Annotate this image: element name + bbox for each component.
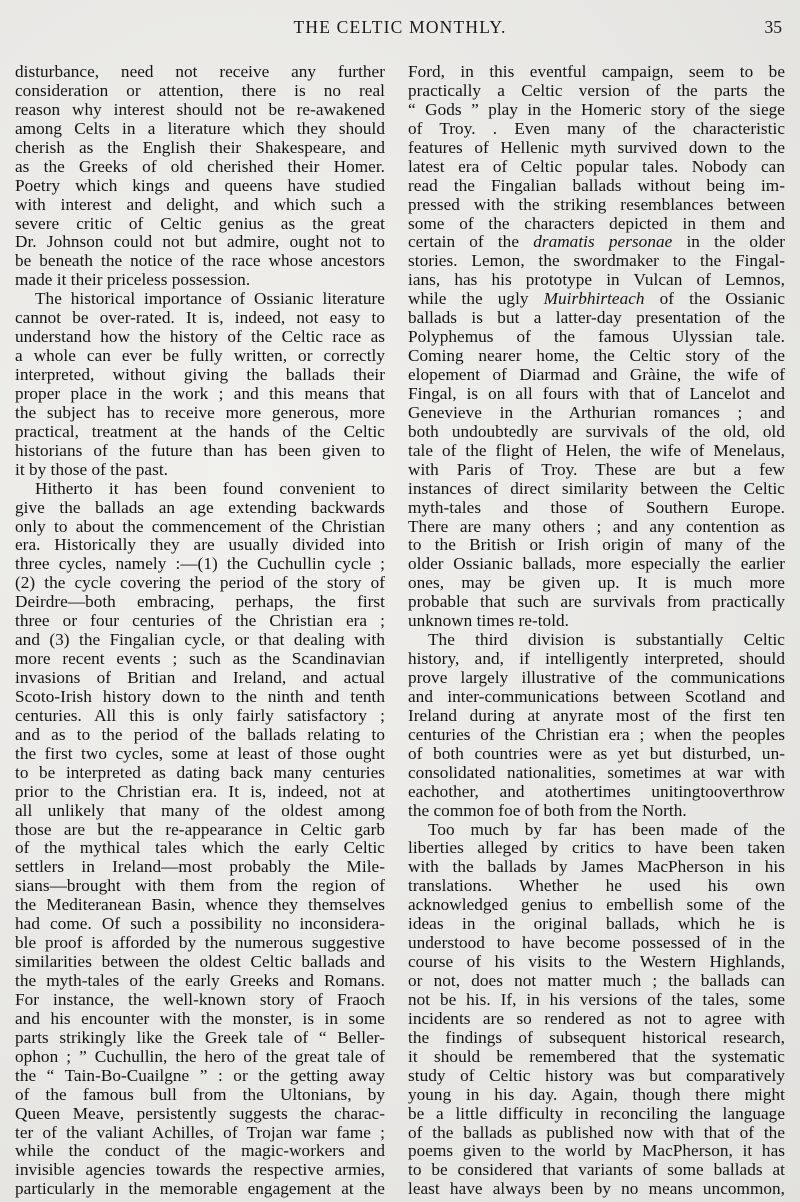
- text-line: three cycles, namely :—(1) the Cuchullin…: [15, 555, 385, 574]
- text-line: ideas in the original ballads, which he …: [408, 915, 785, 934]
- text-line: be a little difficulty in reconciling th…: [408, 1105, 785, 1124]
- text-line: Genevieve in the Arthurian romances ; an…: [408, 404, 785, 423]
- text-run: of the Ossianic: [645, 289, 785, 308]
- text-line: of the mythical tales which the early Ce…: [15, 839, 385, 858]
- text-line: “ Gods ” play in the Homeric story of th…: [408, 101, 785, 120]
- text-line: Queen Meave, persistently suggests the c…: [15, 1105, 385, 1124]
- text-line: older Ossianic ballads, more especially …: [408, 555, 785, 574]
- text-line: unknown times re-told.: [408, 612, 785, 631]
- text-line: give the ballads an age extending backwa…: [15, 499, 385, 518]
- text-line: while the ugly Muirbhirteach of the Ossi…: [408, 290, 785, 309]
- text-line: particularly in the memorable engagement…: [15, 1180, 385, 1199]
- text-line: translations. Whether he used his own: [408, 877, 785, 896]
- text-line: centuries. All this is only fairly satis…: [15, 707, 385, 726]
- text-line: the “ Tain-Bo-Cuailgne ” : or the gettin…: [15, 1067, 385, 1086]
- text-line: the common foe of both from the North.: [408, 802, 785, 821]
- text-line: prove largely illustrative of the commun…: [408, 669, 785, 688]
- text-line: read the Fingalian ballads without being…: [408, 177, 785, 196]
- text-line: the subject has to receive more generous…: [15, 404, 385, 423]
- text-line: and as to the period of the ballads rela…: [15, 726, 385, 745]
- text-line: invisible agencies towards the respectiv…: [15, 1161, 385, 1180]
- text-line: Dr. Johnson could not but admire, ought …: [15, 233, 385, 252]
- text-column-left: disturbance, need not receive any furthe…: [15, 63, 385, 1199]
- text-line: Too much by far has been made of the: [408, 821, 785, 840]
- text-line: similarities between the oldest Celtic b…: [15, 953, 385, 972]
- text-line: to be considered that variants of some b…: [408, 1161, 785, 1180]
- text-run: in the older: [672, 232, 785, 251]
- text-line: (2) the cycle covering the period of the…: [15, 574, 385, 593]
- text-line: era. Historically they are usually divid…: [15, 536, 385, 555]
- text-line: instances of direct similarity between t…: [408, 480, 785, 499]
- text-line: made it their priceless possession.: [15, 271, 385, 290]
- italic-term: dramatis personae: [533, 232, 672, 251]
- text-line: with Paris of Troy. These are but a few: [408, 461, 785, 480]
- text-line: The third division is substantially Celt…: [408, 631, 785, 650]
- text-line: liberties alleged by critics to have bee…: [408, 839, 785, 858]
- text-line: sians—brought with them from the region …: [15, 877, 385, 896]
- text-line: while the conduct of the magic-workers a…: [15, 1142, 385, 1161]
- text-line: three or four centuries of the Christian…: [15, 612, 385, 631]
- text-line: interpreted, without giving the ballads …: [15, 366, 385, 385]
- text-line: Polyphemus of the famous Ulyssian tale.: [408, 328, 785, 347]
- text-line: least have always been by no means uncom…: [408, 1180, 785, 1199]
- text-line: history, and, if intelligently interpret…: [408, 650, 785, 669]
- text-line: latest era of Celtic popular tales. Nobo…: [408, 158, 785, 177]
- text-line: eachother, and atothertimes unitingtoove…: [408, 783, 785, 802]
- text-line: For instance, the well-known story of Fr…: [15, 991, 385, 1010]
- text-line: ophon ; ” Cuchullin, the hero of the gre…: [15, 1048, 385, 1067]
- text-line: only to about the commencement of the Ch…: [15, 518, 385, 537]
- text-line: course of his visits to the Western High…: [408, 953, 785, 972]
- text-line: The historical importance of Ossianic li…: [15, 290, 385, 309]
- text-line: had come. Of such a possibility no incon…: [15, 915, 385, 934]
- text-line: and his encounter with the monster, is i…: [15, 1010, 385, 1029]
- text-line: study of Celtic history was but comparat…: [408, 1067, 785, 1086]
- text-line: pressed with the striking resemblances b…: [408, 196, 785, 215]
- text-line: cherish as the English their Shakespeare…: [15, 139, 385, 158]
- text-line: consolidated nationalities, sometimes at…: [408, 764, 785, 783]
- text-line: and (3) the Fingalian cycle, or that dea…: [15, 631, 385, 650]
- text-line: or not, does not matter much ; the balla…: [408, 972, 785, 991]
- text-line: more recent events ; such as the Scandin…: [15, 650, 385, 669]
- text-line: young in his day. Again, though there mi…: [408, 1086, 785, 1105]
- text-line: Deirdre—both embracing, perhaps, the fir…: [15, 593, 385, 612]
- text-line: There are many others ; and any contenti…: [408, 518, 785, 537]
- text-line: both undoubtedly are survivals of the ol…: [408, 423, 785, 442]
- text-line: incidents are so rendered as not to agre…: [408, 1010, 785, 1029]
- text-line: certain of the dramatis personae in the …: [408, 233, 785, 252]
- text-line: to the British or Irish origin of many o…: [408, 536, 785, 555]
- text-line: of Troy. . Even many of the characterist…: [408, 120, 785, 139]
- text-line: of the famous bull from the Ultonians, b…: [15, 1086, 385, 1105]
- text-line: among Celts in a literature which they s…: [15, 120, 385, 139]
- text-line: Ireland during at anyrate most of the fi…: [408, 707, 785, 726]
- text-line: proper place in the work ; and this mean…: [15, 385, 385, 404]
- text-line: as the Greeks of old cherished their Hom…: [15, 158, 385, 177]
- text-line: Poetry which kings and queens have studi…: [15, 177, 385, 196]
- text-line: the findings of subsequent historical re…: [408, 1029, 785, 1048]
- text-line: stories. Lemon, the swordmaker to the Fi…: [408, 252, 785, 271]
- text-line: centuries of the Christian era ; when th…: [408, 726, 785, 745]
- text-line: understand how the history of the Celtic…: [15, 328, 385, 347]
- text-line: be beneath the notice of the race whose …: [15, 252, 385, 271]
- text-line: consideration or attention, there is no …: [15, 82, 385, 101]
- text-line: Fingal, is on all fours with that of Lan…: [408, 385, 785, 404]
- page-number: 35: [765, 17, 783, 38]
- text-line: features of Hellenic myth survived down …: [408, 139, 785, 158]
- text-line: Ford, in this eventful campaign, seem to…: [408, 63, 785, 82]
- journal-title: THE CELTIC MONTHLY.: [0, 17, 800, 38]
- text-line: those are but the re-appearance in Celti…: [15, 821, 385, 840]
- text-line: not be his. If, in his versions of the t…: [408, 991, 785, 1010]
- text-line: it should be remembered that the systema…: [408, 1048, 785, 1067]
- text-line: Hitherto it has been found convenient to: [15, 480, 385, 499]
- text-line: and inter-communications between Scotlan…: [408, 688, 785, 707]
- text-line: invasions of Britian and Ireland, and ac…: [15, 669, 385, 688]
- text-line: prior to the Christian era. It is, indee…: [15, 783, 385, 802]
- text-line: practical, treatment at the hands of the…: [15, 423, 385, 442]
- text-line: a whole can ever be fully written, or co…: [15, 347, 385, 366]
- text-line: cannot be over-rated. It is, indeed, not…: [15, 309, 385, 328]
- text-line: tale of the flight of Helen, the wife of…: [408, 442, 785, 461]
- text-line: to be interpreted as dating back many ce…: [15, 764, 385, 783]
- text-line: some of the characters depicted in them …: [408, 215, 785, 234]
- text-line: myth-tales and those of Southern Europe.: [408, 499, 785, 518]
- text-line: Scoto-Irish history down to the ninth an…: [15, 688, 385, 707]
- text-line: severe critic of Celtic genius as the gr…: [15, 215, 385, 234]
- text-line: ballads is but a latter-day presentation…: [408, 309, 785, 328]
- text-line: with interest and delight, and which suc…: [15, 196, 385, 215]
- text-line: of both countries were as yet but distur…: [408, 745, 785, 764]
- text-line: understood to have become possessed of i…: [408, 934, 785, 953]
- text-line: elopement of Diarmad and Gràine, the wif…: [408, 366, 785, 385]
- text-line: with the ballads by James MacPherson in …: [408, 858, 785, 877]
- text-column-right: Ford, in this eventful campaign, seem to…: [408, 63, 785, 1199]
- text-line: acknowledged genius to embellish some of…: [408, 896, 785, 915]
- text-line: all unlikely that many of the oldest amo…: [15, 802, 385, 821]
- text-line: ter of the valiant Achilles, of Trojan w…: [15, 1124, 385, 1143]
- text-line: reason why interest should not be re-awa…: [15, 101, 385, 120]
- text-line: it by those of the past.: [15, 461, 385, 480]
- text-line: disturbance, need not receive any furthe…: [15, 63, 385, 82]
- text-line: of the ballads as published now with tha…: [408, 1124, 785, 1143]
- text-line: historians of the future than has been g…: [15, 442, 385, 461]
- text-line: probable that such are survivals from pr…: [408, 593, 785, 612]
- magazine-page: THE CELTIC MONTHLY. 35 disturbance, need…: [0, 0, 800, 1202]
- running-header: THE CELTIC MONTHLY. 35: [0, 16, 800, 40]
- text-run: certain of the: [408, 232, 533, 251]
- text-line: parts strikingly like the Greek tale of …: [15, 1029, 385, 1048]
- text-line: Coming nearer home, the Celtic story of …: [408, 347, 785, 366]
- text-line: ians, has his prototype in Vulcan of Lem…: [408, 271, 785, 290]
- text-line: the first two cycles, some at least of t…: [15, 745, 385, 764]
- text-line: the Mediteranean Basin, whence they them…: [15, 896, 385, 915]
- text-run: while the ugly: [408, 289, 544, 308]
- text-line: settlers in Ireland—most probably the Mi…: [15, 858, 385, 877]
- text-line: poems given to the world by MacPherson, …: [408, 1142, 785, 1161]
- text-line: ones, may be given up. It is much more: [408, 574, 785, 593]
- italic-term: Muirbhirteach: [544, 289, 645, 308]
- text-line: ble proof is afforded by the numerous su…: [15, 934, 385, 953]
- text-line: practically a Celtic version of the part…: [408, 82, 785, 101]
- text-line: the myth-tales of the early Greeks and R…: [15, 972, 385, 991]
